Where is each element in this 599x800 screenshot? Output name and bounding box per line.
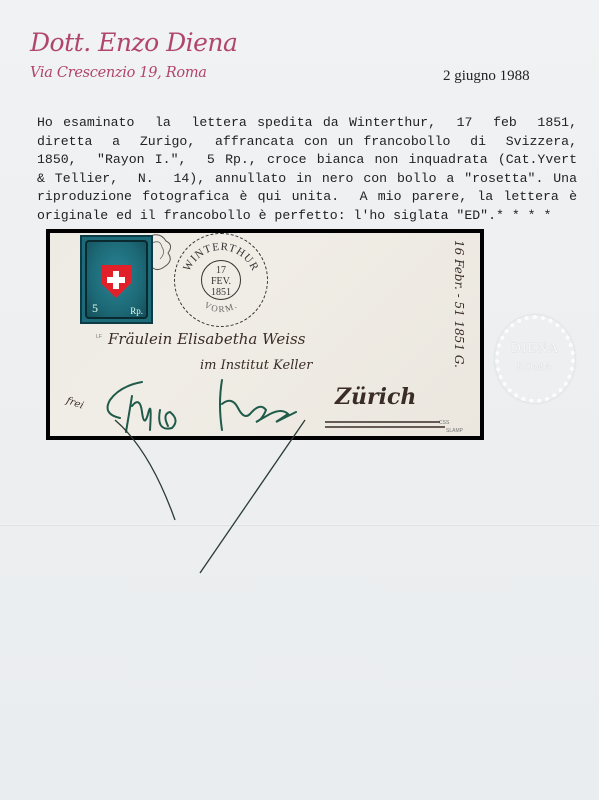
stamp-value: 5 — [92, 301, 98, 316]
small-mark: LF — [96, 334, 102, 340]
address-line-1: Fräulein Elisabetha Weiss — [108, 330, 305, 348]
postage-stamp: 5 Rp. — [80, 235, 153, 324]
address-line-2: im Institut Keller — [200, 358, 312, 373]
stamp-currency: Rp. — [130, 306, 143, 316]
seal-line-1: DIENA — [499, 341, 571, 357]
certificate-page: Dott. Enzo Diena Via Crescenzio 19, Roma… — [0, 0, 599, 800]
text-line: diretta a Zurigo, affrancata con un fran… — [37, 133, 577, 152]
certificate-text: Ho esaminato la lettera spedita da Winte… — [37, 114, 577, 226]
small-mark: CSS — [439, 420, 449, 426]
address-line-3: Zürich — [335, 384, 416, 410]
small-mark: SLAMP — [446, 428, 463, 434]
text-line: 1850, "Rayon I.", 5 Rp., croce bianca no… — [37, 151, 577, 170]
text-line: & Tellier, N. 14), annullato in nero con… — [37, 170, 577, 189]
letterhead-name: Dott. Enzo Diena — [30, 28, 237, 57]
letterhead-address: Via Crescenzio 19, Roma — [30, 65, 207, 81]
svg-text:VORM.: VORM. — [203, 300, 240, 314]
certificate-date: 2 giugno 1988 — [443, 68, 530, 85]
postmark-year: 1851 — [202, 287, 240, 298]
text-line: originale ed il francobollo è perfetto: … — [37, 207, 577, 226]
text-line: riproduzione fotografica è qui unita. A … — [37, 188, 577, 207]
postmark-day: 17 — [202, 265, 240, 276]
text-line: Ho esaminato la lettera spedita da Winte… — [37, 114, 577, 133]
postmark: WINTERTHUR VORM. 17 FEV. 1851 — [174, 233, 268, 327]
side-note: 16 Febr. - 51 1851 G. — [452, 240, 466, 368]
postmark-month: FEV. — [202, 276, 240, 287]
signature-tail — [115, 420, 305, 573]
embossed-seal: DIENA ROMA — [495, 315, 575, 403]
paper-fold — [0, 524, 599, 526]
postmark-date: 17 FEV. 1851 — [201, 260, 241, 300]
seal-line-2: ROMA — [499, 361, 571, 373]
